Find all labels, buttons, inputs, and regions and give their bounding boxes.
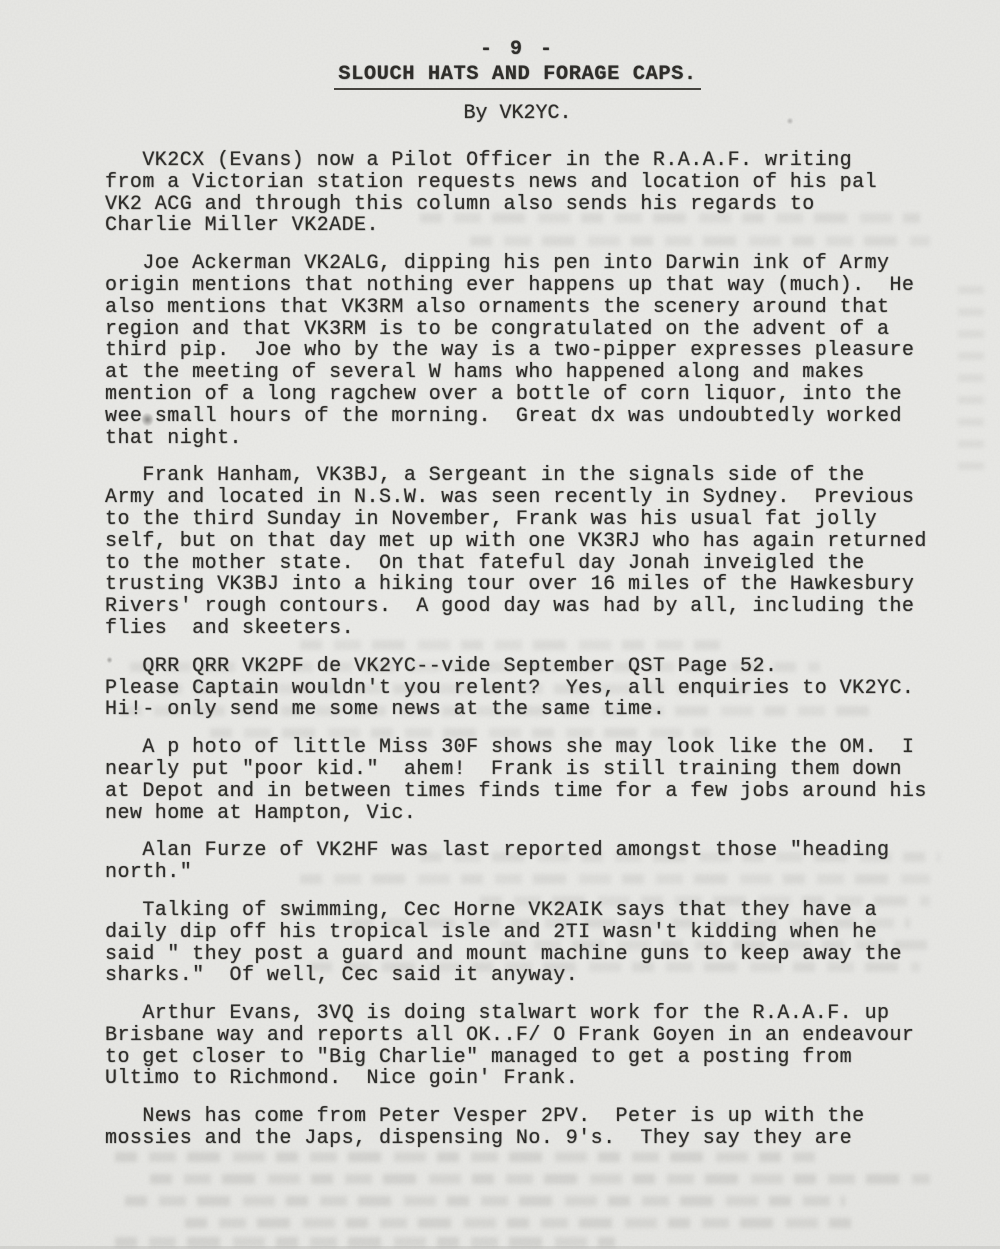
typed-text-layer: - 9 - SLOUCH HATS AND FORAGE CAPS. By VK… xyxy=(0,0,1000,1249)
paragraph-arthur-evans: Arthur Evans, 3VQ is doing stalwart work… xyxy=(105,1003,955,1090)
paragraph-peter-vesper: News has come from Peter Vesper 2PV. Pet… xyxy=(105,1106,955,1150)
scanned-page: - 9 - SLOUCH HATS AND FORAGE CAPS. By VK… xyxy=(0,0,1000,1249)
paragraph-vk2cx: VK2CX (Evans) now a Pilot Officer in the… xyxy=(105,150,955,237)
document-title: SLOUCH HATS AND FORAGE CAPS. xyxy=(334,63,700,90)
document-body: VK2CX (Evans) now a Pilot Officer in the… xyxy=(105,150,955,1150)
paragraph-alan-furze: Alan Furze of VK2HF was last reported am… xyxy=(105,840,955,884)
title-row: SLOUCH HATS AND FORAGE CAPS. xyxy=(105,63,930,90)
paragraph-miss-30f: A p hoto of little Miss 30F shows she ma… xyxy=(105,737,955,824)
paragraph-joe-ackerman: Joe Ackerman VK2ALG, dipping his pen int… xyxy=(105,253,955,449)
page-number: - 9 - xyxy=(105,38,930,61)
byline: By VK2YC. xyxy=(105,102,930,125)
paragraph-frank-hanham: Frank Hanham, VK3BJ, a Sergeant in the s… xyxy=(105,465,955,639)
paragraph-cec-horne: Talking of swimming, Cec Horne VK2AIK sa… xyxy=(105,900,955,987)
page-header: - 9 - SLOUCH HATS AND FORAGE CAPS. By VK… xyxy=(105,38,930,125)
paragraph-qrr: QRR QRR VK2PF de VK2YC--vide September Q… xyxy=(105,656,955,721)
